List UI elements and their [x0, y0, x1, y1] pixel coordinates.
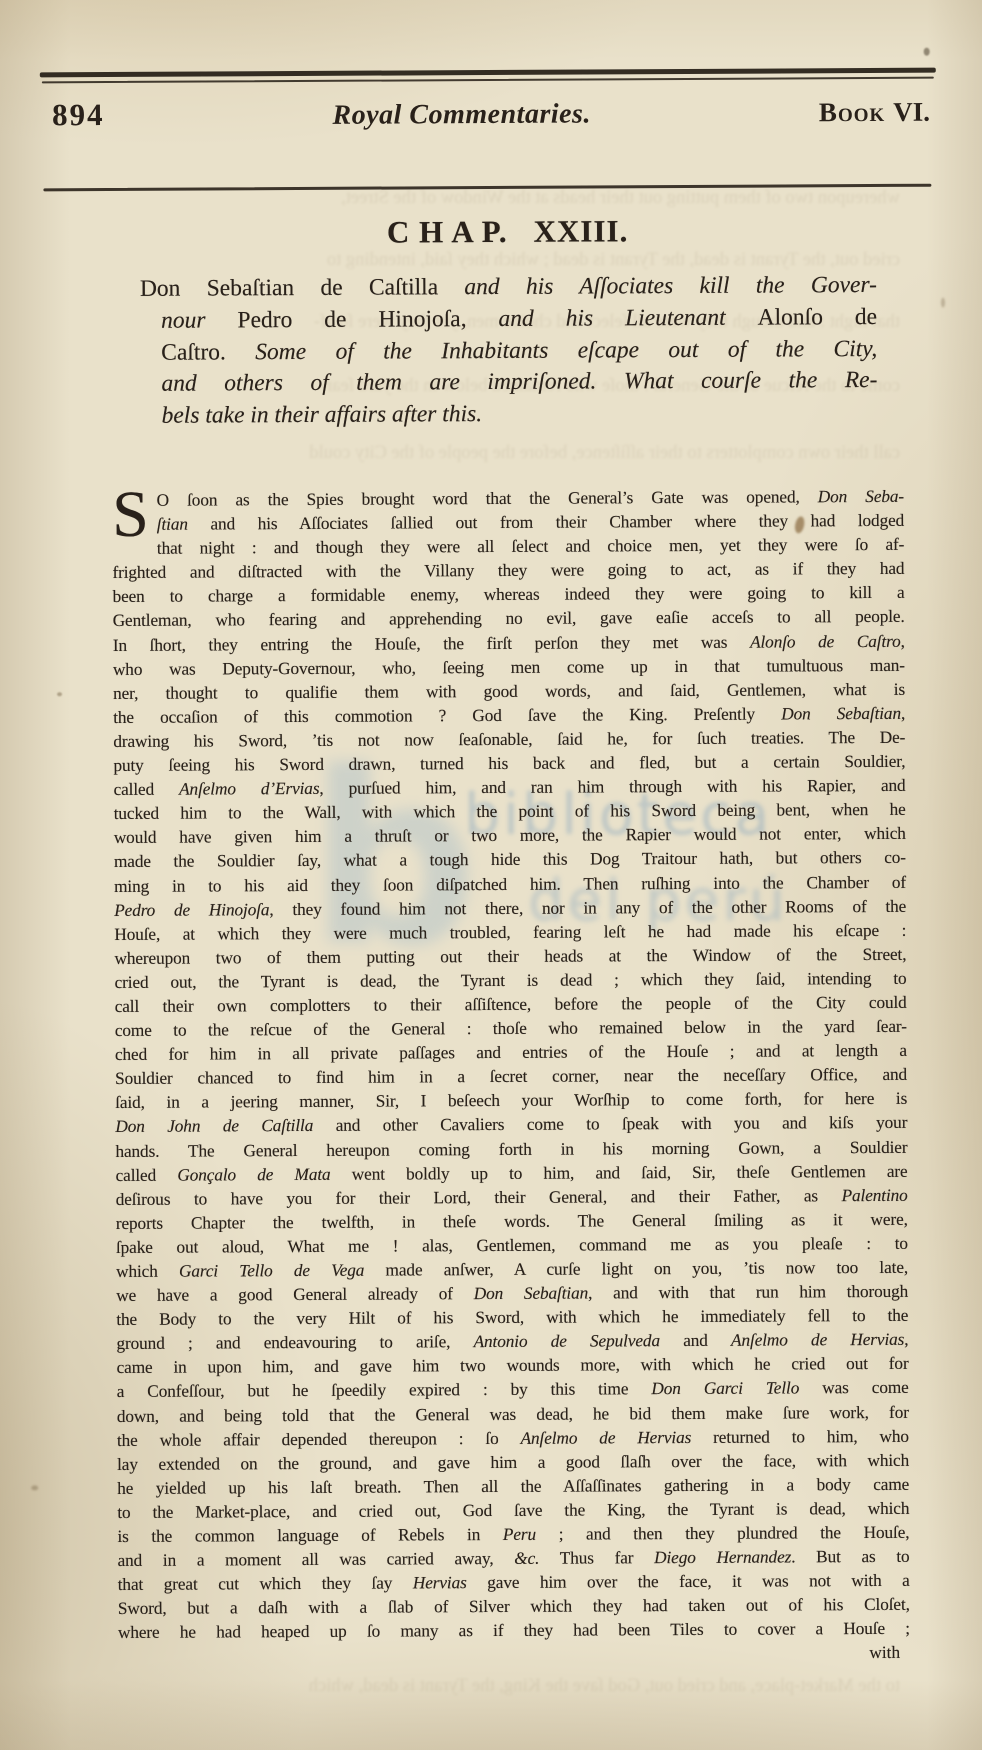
body-text: S O ſoon as the Spies brought word that …: [112, 485, 910, 1646]
ink-speck: [924, 48, 930, 56]
top-rule-thick: [40, 68, 936, 78]
ink-speck: [31, 1485, 38, 1490]
ink-speck: [941, 298, 945, 308]
ink-speck: [57, 692, 62, 696]
chapter-label: C H A P.: [387, 214, 508, 250]
summary-line: bels take in their affairs after this.: [141, 397, 878, 433]
body-line: Pedro de Hinojoſa, they found him not th…: [114, 894, 906, 922]
drop-cap: S: [112, 493, 149, 539]
book-label: Book: [819, 97, 886, 127]
running-title: Royal Commentaries.: [104, 97, 819, 133]
book-reference: BookVI.: [819, 97, 930, 129]
body-line: made the Souldier ſay, what a tough hide…: [114, 846, 906, 874]
chapter-summary: Don Sebaſtian de Caſtilla and his Aſſoci…: [140, 270, 878, 433]
summary-line: Caſtro. Some of the Inhabitants eſcape o…: [140, 334, 877, 370]
body-line: Don John de Caſtilla and other Cavaliers…: [115, 1111, 907, 1139]
chapter-number: XXIII.: [533, 213, 628, 248]
summary-line: Don Sebaſtian de Caſtilla and his Aſſoci…: [140, 270, 877, 306]
body-line: In ſhort, they entring the Houſe, the fi…: [113, 629, 905, 657]
top-rule-thin: [42, 77, 934, 84]
chapter-heading: C H A P.XXIII.: [112, 212, 904, 252]
body-line: Gentleman, who fearing and apprehending …: [113, 605, 905, 633]
body-line: down, and being told that the General wa…: [117, 1400, 909, 1428]
header-bottom-rule: [43, 184, 931, 191]
page-content: 894 Royal Commentaries. BookVI. C H A P.…: [0, 0, 982, 1750]
page-number: 894: [52, 97, 105, 133]
running-header: 894 Royal Commentaries. BookVI.: [52, 93, 930, 134]
body-line: where he had heaped up ſo many as if the…: [118, 1617, 910, 1645]
catchword-row: with: [118, 1643, 910, 1667]
body-line: hands. The General hereupon coming forth…: [115, 1135, 907, 1163]
book-page-scan: whereupon two of them putting out their …: [0, 0, 982, 1750]
body-line: a Confeſſour, but he ſpeedily expired : …: [117, 1376, 909, 1404]
book-number: VI.: [893, 97, 930, 127]
summary-line: nour Pedro de Hinojoſa, and his Lieutena…: [140, 302, 877, 338]
summary-line: and others of them are impriſoned. What …: [140, 365, 877, 401]
body-line: ming in to his aid they ſoon diſpatched …: [114, 870, 906, 898]
catchword: with: [869, 1643, 900, 1662]
